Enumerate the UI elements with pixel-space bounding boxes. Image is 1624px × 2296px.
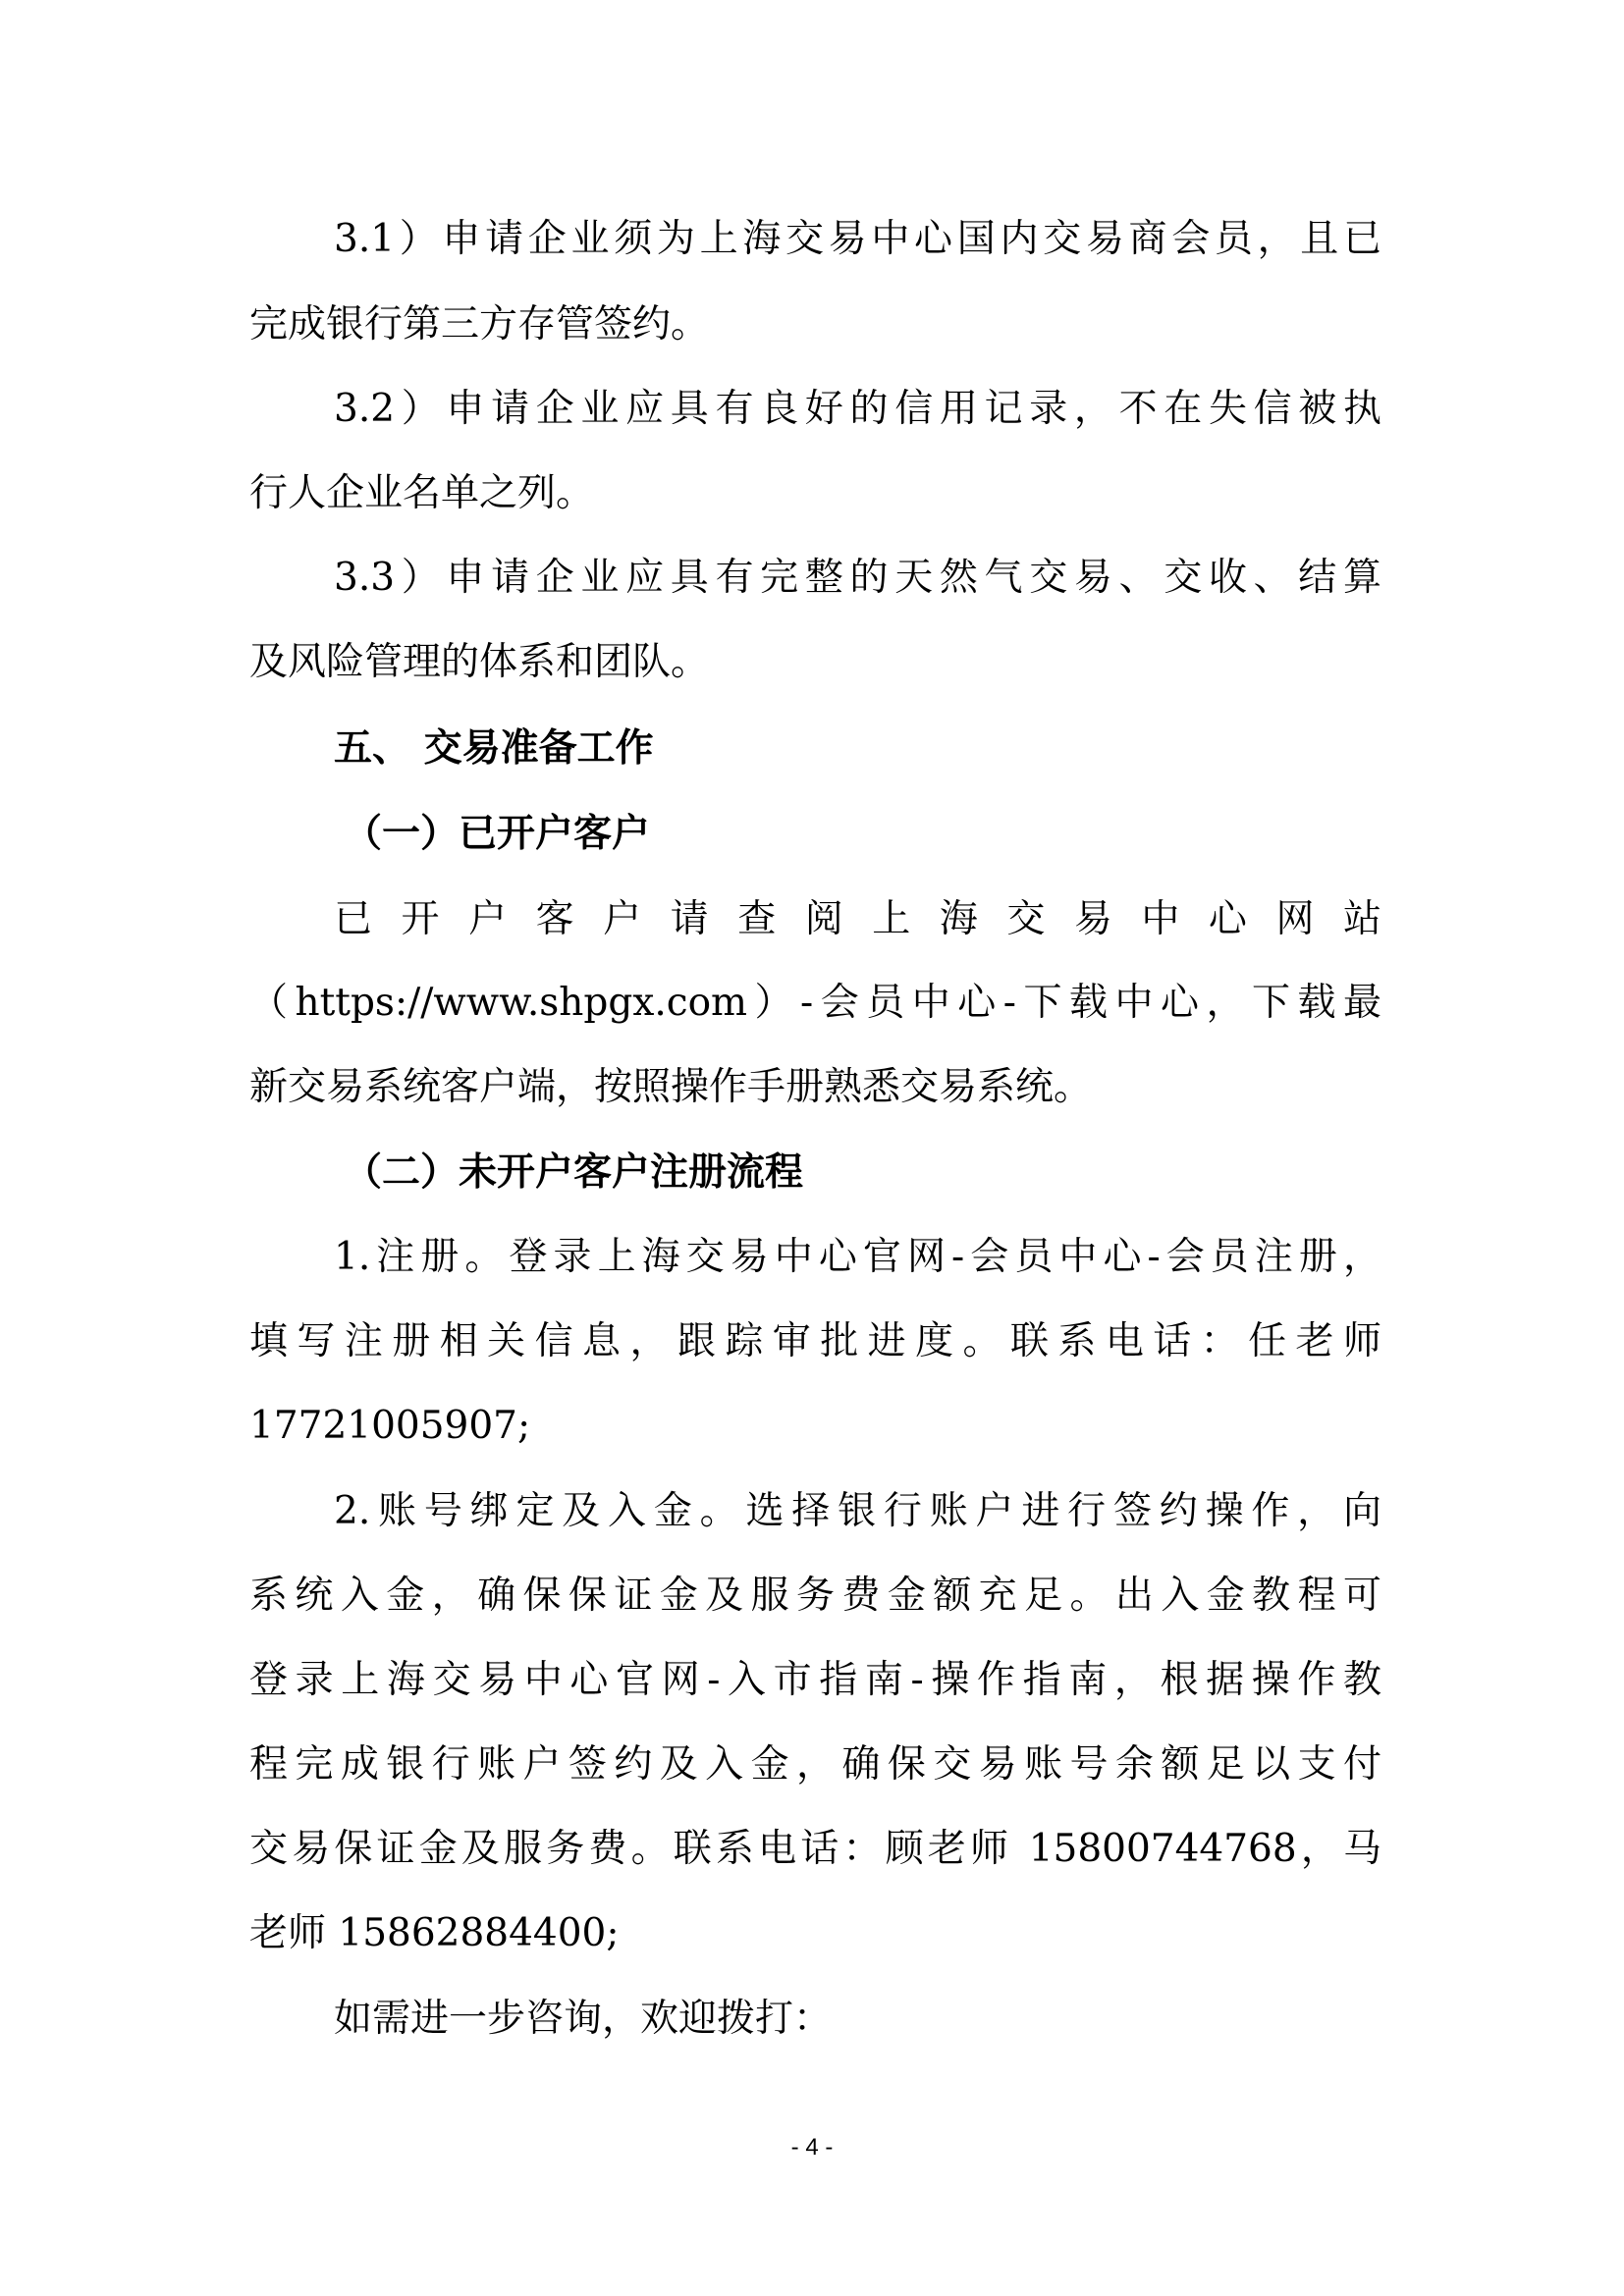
paragraph-line: 新交易系统客户端，按照操作手册熟悉交易系统。 bbox=[249, 1063, 1381, 1112]
paragraph-line: 行人企业名单之列。 bbox=[249, 469, 1381, 518]
paragraph-line: 3.1）申请企业须为上海交易中心国内交易商会员，且已 bbox=[334, 215, 1381, 264]
paragraph-line: 如需进一步咨询，欢迎拨打： bbox=[334, 1995, 1381, 2044]
paragraph-line: 及风险管理的体系和团队。 bbox=[249, 638, 1381, 687]
paragraph-line: 老师 15862884400; bbox=[249, 1909, 1381, 1958]
section-heading: 五、 交易准备工作 bbox=[334, 724, 1381, 774]
paragraph-line: 1.注册。登录上海交易中心官网-会员中心-会员注册， bbox=[334, 1233, 1381, 1282]
page-number: - 4 - bbox=[0, 2134, 1624, 2162]
document-page: 3.1）申请企业须为上海交易中心国内交易商会员，且已完成银行第三方存管签约。3.… bbox=[0, 0, 1624, 2296]
paragraph-line: 17721005907; bbox=[249, 1402, 1381, 1451]
paragraph-line: 2.账号绑定及入金。选择银行账户进行签约操作，向 bbox=[334, 1487, 1381, 1536]
paragraph-line: 程完成银行账户签约及入金，确保交易账号余额足以支付 bbox=[249, 1740, 1381, 1789]
paragraph-line: 系统入金，确保保证金及服务费金额充足。出入金教程可 bbox=[249, 1572, 1381, 1621]
paragraph-line: 完成银行第三方存管签约。 bbox=[249, 300, 1381, 349]
paragraph-line: 3.2）申请企业应具有良好的信用记录，不在失信被执 bbox=[334, 385, 1381, 434]
paragraph-line: 3.3）申请企业应具有完整的天然气交易、交收、结算 bbox=[334, 554, 1381, 603]
paragraph-line: 已开户客户请查阅上海交易中心网站 bbox=[334, 895, 1381, 944]
paragraph-line: 交易保证金及服务费。联系电话：顾老师 15800744768，马 bbox=[249, 1825, 1381, 1874]
paragraph-line: 登录上海交易中心官网-入市指南-操作指南，根据操作教 bbox=[249, 1656, 1381, 1705]
paragraph-line: （https://www.shpgx.com）-会员中心-下载中心，下载最 bbox=[249, 979, 1381, 1028]
paragraph-line: 填写注册相关信息，跟踪审批进度。联系电话：任老师 bbox=[249, 1317, 1381, 1366]
section-heading: （一）已开户客户 bbox=[344, 810, 1476, 859]
section-heading: （二）未开户客户注册流程 bbox=[344, 1148, 1476, 1198]
